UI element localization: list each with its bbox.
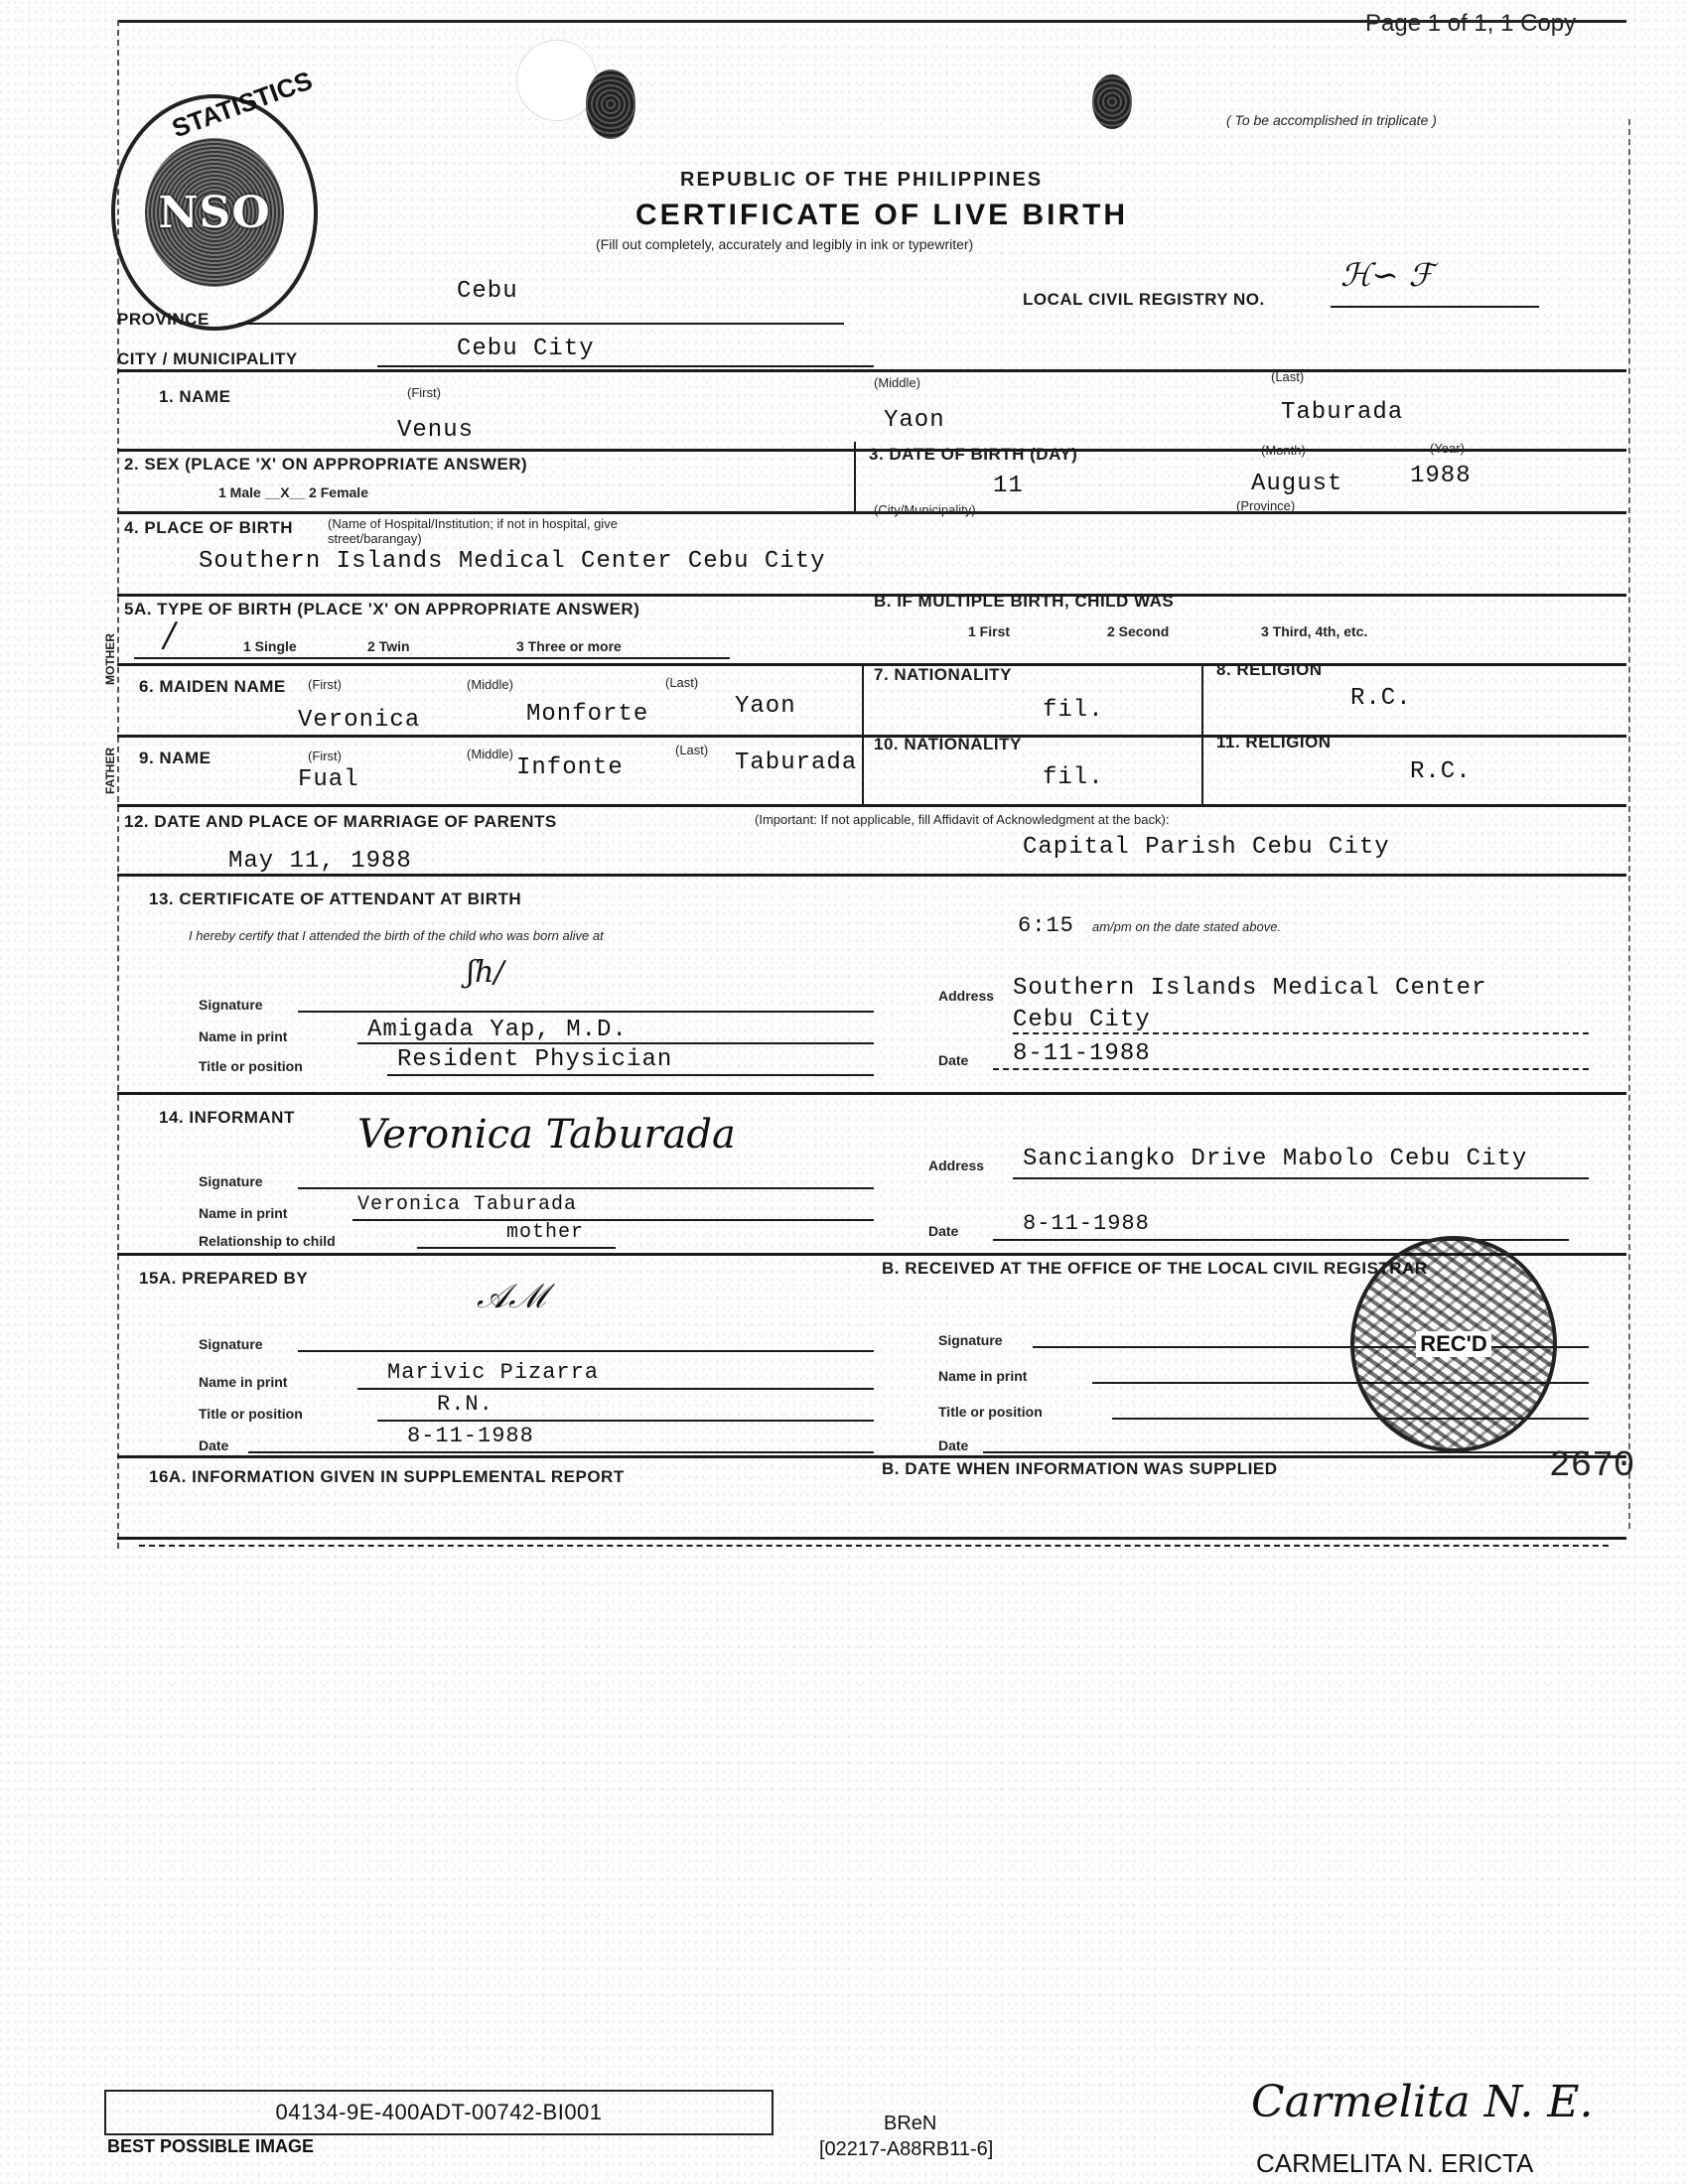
mother-first-name: Veronica [298, 707, 420, 734]
signatory-signature: Carmelita N. E. [1251, 2077, 1594, 2127]
mother-middle-label: (Middle) [467, 677, 513, 692]
page-counter: Page 1 of 1, 1 Copy [1365, 10, 1576, 38]
barcode-box: 04134-9E-400ADT-00742-BI001 [104, 2090, 774, 2135]
multiple-option-first: 1 First [968, 623, 1010, 639]
dob-label: 3. DATE OF BIRTH (Day) [869, 445, 1077, 465]
pob-value: Southern Islands Medical Center Cebu Cit… [199, 548, 826, 575]
type-option-single: 1 Single [243, 638, 297, 654]
section-divider [117, 369, 1626, 372]
mother-maiden-label: 6. MAIDEN NAME [139, 677, 286, 697]
father-middle-label: (Middle) [467, 747, 513, 761]
attendant-address-line1: Southern Islands Medical Center [1013, 975, 1486, 1002]
father-section-label: FATHER [103, 748, 117, 794]
attendant-title: Resident Physician [397, 1046, 672, 1073]
informant-signature-line [298, 1187, 874, 1189]
pob-label: 4. PLACE OF BIRTH [124, 518, 293, 538]
informant-date-label: Date [928, 1223, 958, 1239]
section-divider [117, 594, 1626, 597]
attendant-name-label: Name in print [199, 1028, 287, 1044]
prepared-date: 8-11-1988 [407, 1424, 534, 1448]
father-middle-name: Infonte [516, 754, 624, 781]
multiple-birth-label: b. IF MULTIPLE BIRTH, CHILD WAS [874, 592, 1174, 612]
prepared-date-label: Date [199, 1437, 228, 1453]
informant-name: Veronica Taburada [357, 1193, 577, 1216]
child-first-name: Venus [397, 417, 474, 444]
triplicate-note: ( To be accomplished in triplicate ) [1226, 112, 1437, 128]
prepared-title-line [377, 1420, 874, 1422]
prepared-title: R.N. [437, 1392, 493, 1417]
certificate-title: CERTIFICATE OF LIVE BIRTH [635, 199, 1128, 232]
province-label: PROVINCE [117, 310, 210, 330]
father-religion: R.C. [1410, 758, 1472, 785]
informant-signature: Veronica Taburada [357, 1112, 736, 1158]
father-first-name: Fual [298, 766, 359, 793]
prepared-name-label: Name in print [199, 1374, 287, 1390]
received-title-label: Title or position [938, 1404, 1043, 1420]
lcr-underline [1331, 306, 1539, 308]
republic-heading: REPUBLIC OF THE PHILIPPINES [680, 169, 1043, 192]
attendant-address-line2: Cebu City [1013, 1007, 1151, 1033]
type-of-birth-label: 5a. TYPE OF BIRTH (Place 'X' on appropri… [124, 600, 639, 619]
multiple-option-third: 3 Third, 4th, etc. [1261, 623, 1367, 639]
attendant-certify-suffix: am/pm on the date stated above. [1092, 919, 1281, 934]
lcr-value-handwritten: ℋ∽ ℱ [1340, 256, 1434, 294]
section-divider [117, 511, 1626, 514]
attendant-title-line [387, 1074, 874, 1076]
type-option-three: 3 Three or more [516, 638, 622, 654]
registrar-stamp-icon: REC'D [1350, 1236, 1557, 1452]
fill-instruction: (Fill out completely, accurately and leg… [596, 236, 973, 252]
lcr-label: LOCAL CIVIL REGISTRY NO. [1023, 290, 1265, 310]
informant-date: 8-11-1988 [1023, 1211, 1150, 1236]
informant-address-label: Address [928, 1158, 984, 1173]
attendant-signature-label: Signature [199, 997, 263, 1013]
attendant-signature-line [298, 1011, 874, 1013]
section-divider [117, 1455, 1626, 1458]
dob-month: August [1251, 471, 1342, 497]
city-value: Cebu City [457, 336, 595, 362]
informant-address-line [1013, 1177, 1589, 1179]
mother-last-label: (Last) [665, 675, 698, 690]
ink-blot-icon [1092, 74, 1132, 129]
middle-name-label: (Middle) [874, 375, 920, 390]
informant-address: Sanciangko Drive Mabolo Cebu City [1023, 1146, 1527, 1172]
mother-last-name: Yaon [735, 693, 796, 720]
city-underline [377, 365, 874, 367]
section-divider [117, 804, 1626, 807]
child-middle-name: Yaon [884, 407, 945, 434]
bren-code: [02217-A88RB11-6] [819, 2138, 993, 2161]
mother-first-label: (First) [308, 677, 342, 692]
child-name-label: 1. NAME [159, 387, 230, 407]
prepared-title-label: Title or position [199, 1406, 303, 1422]
attendant-date: 8-11-1988 [1013, 1040, 1151, 1067]
sex-options: 1 Male __X__ 2 Female [218, 484, 368, 500]
father-last-label: (Last) [675, 743, 708, 757]
city-label: CITY / MUNICIPALITY [117, 349, 298, 369]
prepared-signature-line [298, 1350, 874, 1352]
mother-religion-label: 8. RELIGION [1216, 660, 1323, 680]
informant-relationship: mother [506, 1221, 584, 1244]
attendant-label: 13. CERTIFICATE OF ATTENDANT AT BIRTH [149, 889, 521, 909]
first-name-label: (First) [407, 385, 441, 400]
barcode-number: 04134-9E-400ADT-00742-BI001 [275, 2100, 602, 2125]
bren-label: BReN [884, 2113, 936, 2135]
father-religion-label: 11. RELIGION [1216, 733, 1332, 752]
father-last-name: Taburada [735, 750, 857, 776]
section-divider [117, 663, 1626, 666]
signatory-name: CARMELITA N. ERICTA [1256, 2148, 1533, 2179]
informant-label: 14. INFORMANT [159, 1108, 295, 1128]
prepared-signature-handwritten: 𝒜ℳ [477, 1277, 546, 1316]
attendant-time: 6:15 [1018, 913, 1074, 938]
attendant-signature-handwritten: ʃh/ [467, 955, 504, 990]
attendant-name-line [357, 1042, 874, 1044]
marriage-label: 12. DATE AND PLACE OF MARRIAGE OF PARENT… [124, 812, 557, 832]
prepared-name-line [357, 1388, 874, 1390]
bottom-border-dashed [139, 1545, 1609, 1547]
prepared-name: Marivic Pizarra [387, 1360, 599, 1385]
seal-text: NSO [158, 188, 270, 238]
mother-religion: R.C. [1350, 685, 1412, 712]
mother-nationality-label: 7. NATIONALITY [874, 665, 1012, 685]
type-option-twin: 2 Twin [367, 638, 410, 654]
received-signature-label: Signature [938, 1332, 1003, 1348]
attendant-address-line [1013, 1032, 1589, 1034]
informant-relationship-line [417, 1247, 616, 1249]
dob-day: 11 [993, 473, 1024, 499]
supplemental-date-label: b. DATE WHEN INFORMATION WAS SUPPLIED [882, 1459, 1277, 1479]
attendant-certify-text: I hereby certify that I attended the bir… [189, 928, 604, 943]
mother-section-label: MOTHER [103, 633, 117, 685]
province-value: Cebu [457, 278, 518, 305]
marriage-date: May 11, 1988 [228, 848, 412, 875]
dob-year: 1988 [1410, 463, 1472, 489]
father-name-label: 9. NAME [139, 749, 211, 768]
father-nationality-label: 10. NATIONALITY [874, 735, 1022, 754]
last-name-label: (Last) [1271, 369, 1304, 384]
prepared-label: 15a. PREPARED BY [139, 1269, 308, 1289]
pob-city-label: (City/Municipality) [874, 502, 976, 517]
attendant-date-line [993, 1068, 1589, 1070]
informant-name-line [352, 1219, 874, 1221]
type-mark: / [164, 615, 175, 655]
marriage-note: (Important: If not applicable, fill Affi… [755, 812, 1169, 827]
attendant-title-label: Title or position [199, 1058, 303, 1074]
prepared-signature-label: Signature [199, 1336, 263, 1352]
marriage-place: Capital Parish Cebu City [1023, 834, 1390, 861]
best-possible-image-label: BEST POSSIBLE IMAGE [107, 2136, 314, 2157]
received-date-label: Date [938, 1437, 968, 1453]
informant-name-label: Name in print [199, 1205, 287, 1221]
received-label: b. RECEIVED AT THE OFFICE OF THE LOCAL C… [882, 1259, 1428, 1279]
father-first-label: (First) [308, 749, 342, 763]
province-underline [238, 323, 844, 325]
sex-label: 2. SEX (Place 'X' on appropriate answer) [124, 455, 527, 475]
attendant-address-label: Address [938, 988, 994, 1004]
mother-middle-name: Monforte [526, 701, 648, 728]
supplemental-label: 16a. INFORMATION GIVEN IN SUPPLEMENTAL R… [149, 1467, 625, 1487]
received-date-line [983, 1451, 1589, 1453]
attendant-name: Amigada Yap, M.D. [367, 1017, 628, 1043]
ink-blot-icon [586, 69, 635, 139]
child-last-name: Taburada [1281, 399, 1403, 426]
dob-year-label: (Year) [1430, 441, 1465, 456]
mother-nationality: fil. [1043, 697, 1104, 724]
section-divider [117, 874, 1626, 877]
received-name-label: Name in print [938, 1368, 1027, 1384]
section-divider [117, 735, 1626, 738]
frame-right-border [1628, 119, 1630, 1529]
document-number: 2670 [1549, 1445, 1634, 1486]
column-divider [854, 442, 856, 511]
pob-instruction: (Name of Hospital/Institution; if not in… [328, 516, 705, 546]
type-underline [134, 657, 730, 659]
birth-certificate-page: Page 1 of 1, 1 Copy ( To be accomplished… [0, 0, 1688, 2184]
father-nationality: fil. [1043, 764, 1104, 791]
informant-relationship-label: Relationship to child [199, 1233, 336, 1249]
stamp-text: REC'D [1416, 1331, 1491, 1357]
section-divider [117, 1092, 1626, 1095]
bottom-border [117, 1537, 1626, 1540]
dob-month-label: (Month) [1261, 443, 1306, 458]
informant-signature-label: Signature [199, 1173, 263, 1189]
prepared-date-line [248, 1451, 874, 1453]
attendant-date-label: Date [938, 1052, 968, 1068]
pob-province-label: (Province) [1236, 498, 1295, 513]
multiple-option-second: 2 Second [1107, 623, 1169, 639]
